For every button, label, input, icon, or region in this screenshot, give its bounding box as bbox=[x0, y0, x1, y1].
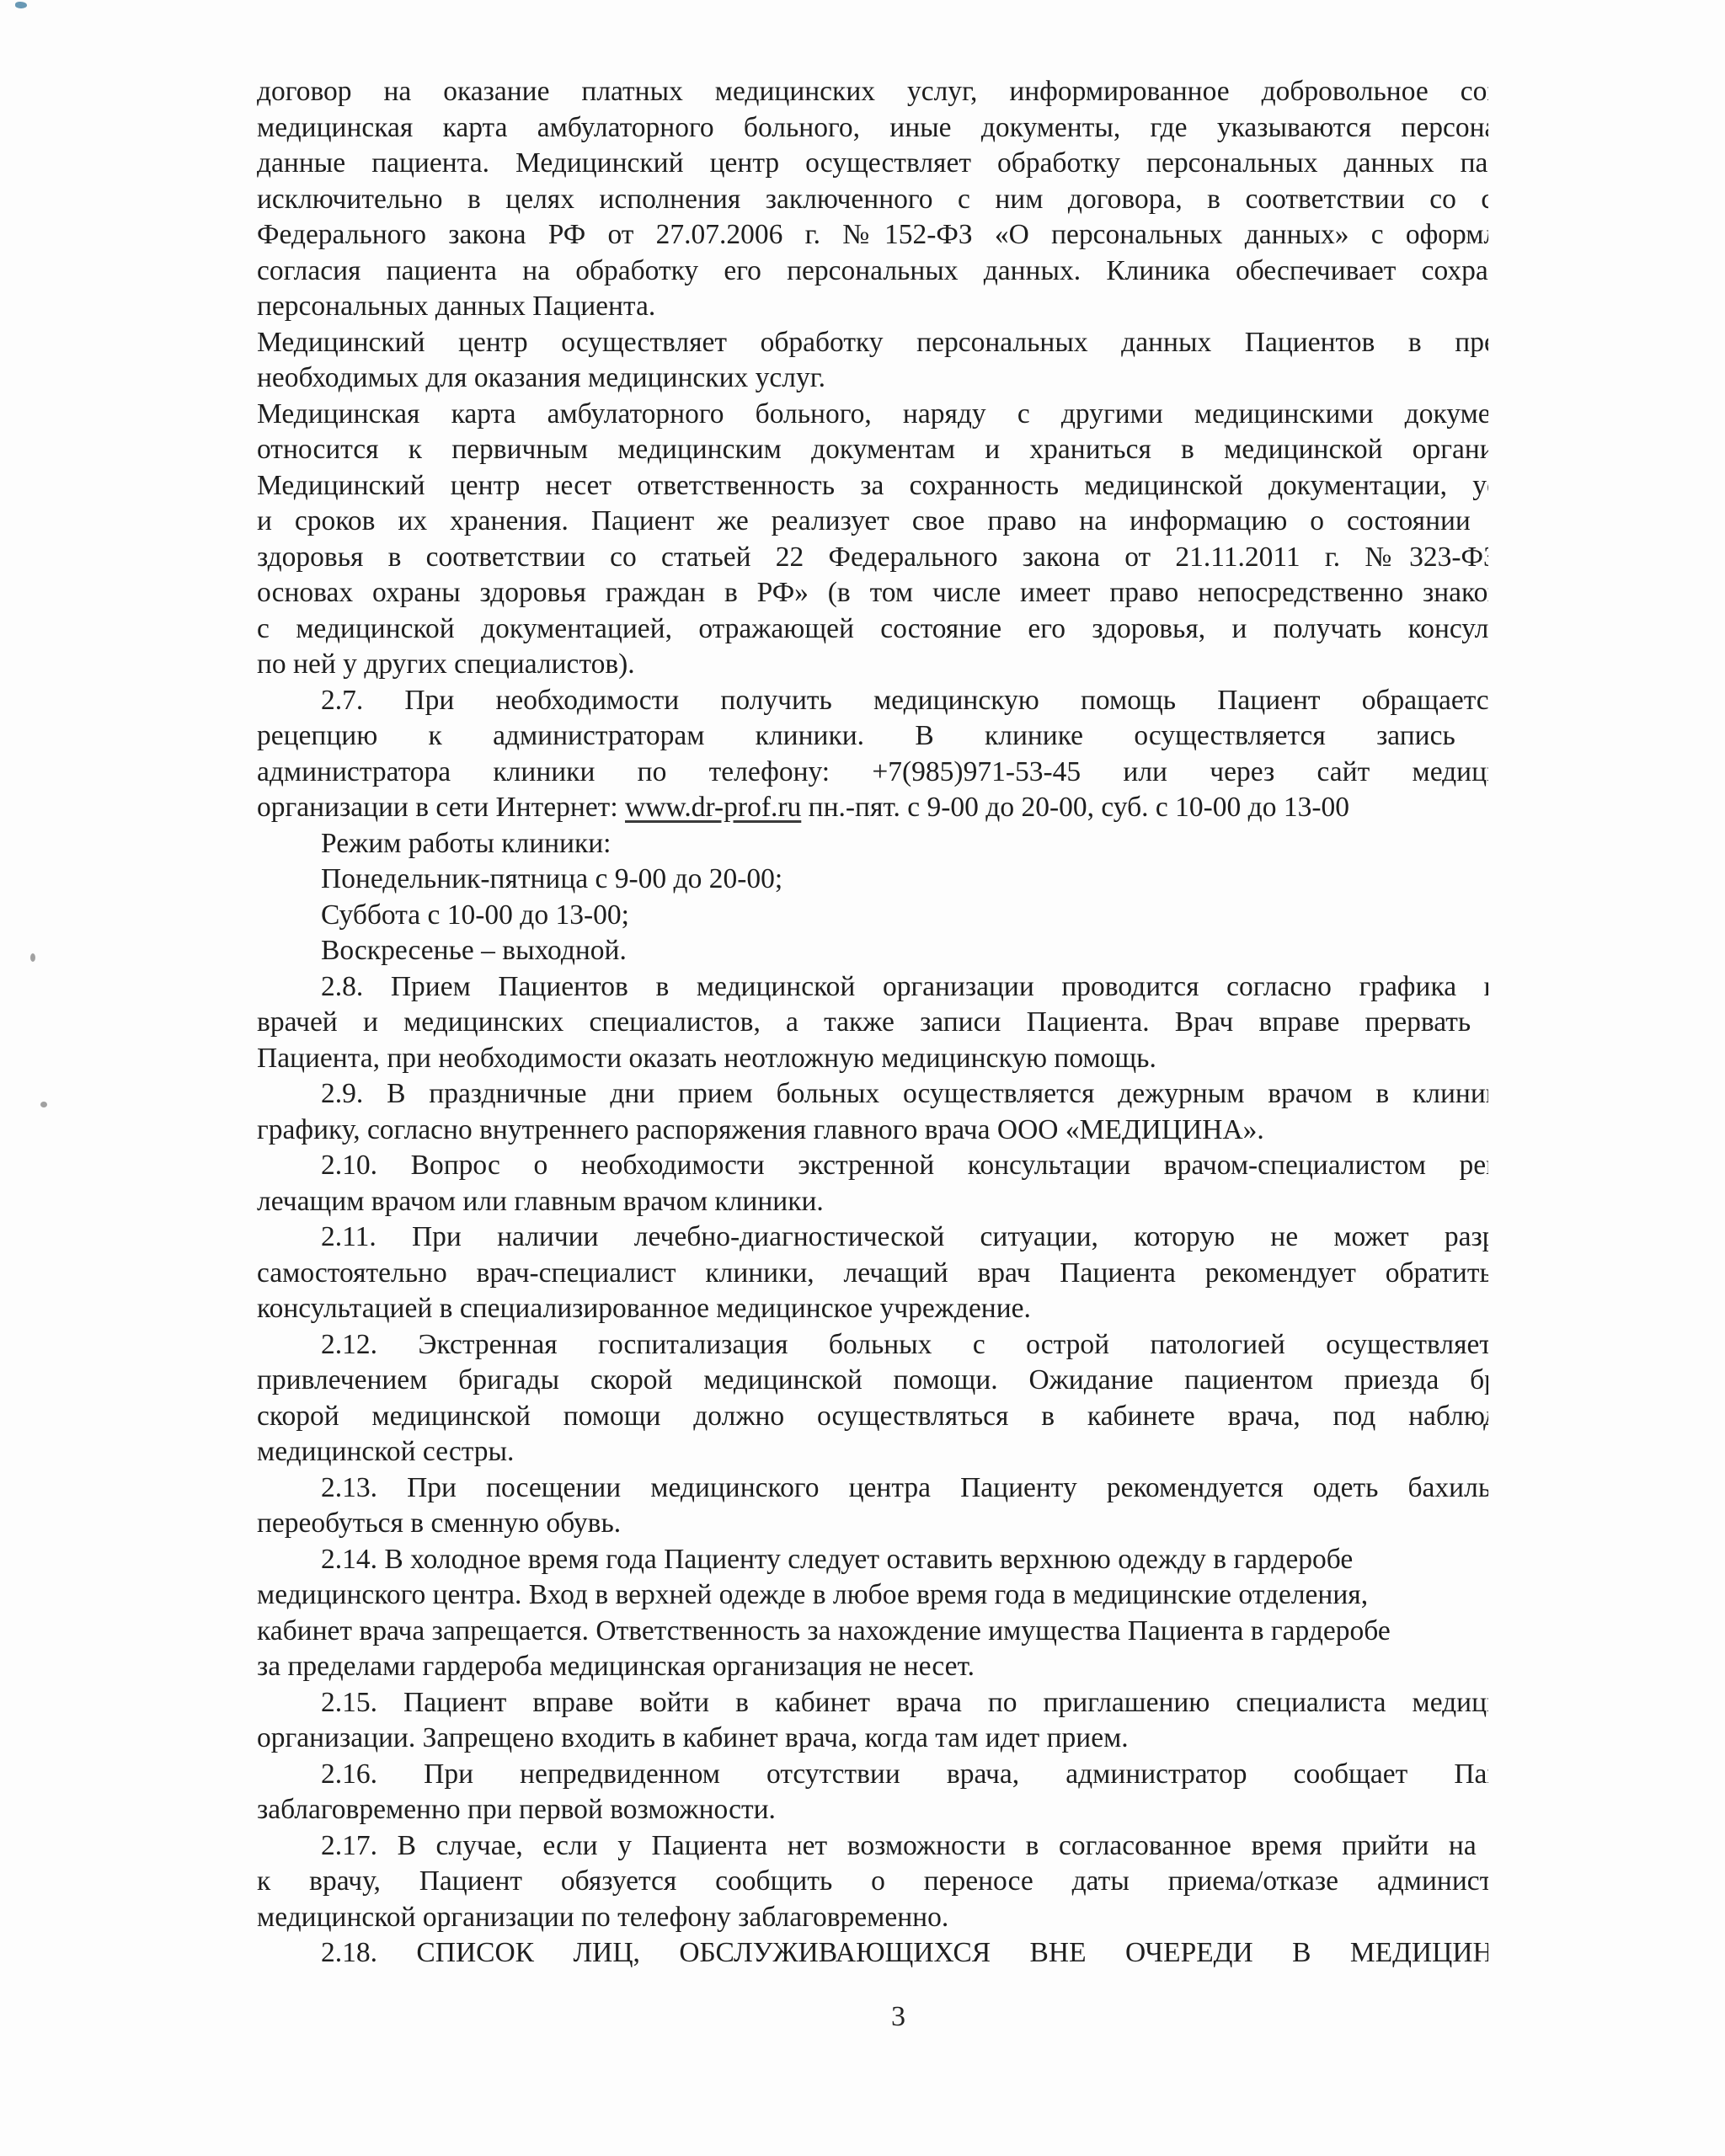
text-line: относится к первичным медицинским докуме… bbox=[257, 432, 1488, 468]
text-line: за пределами гардероба медицинская орган… bbox=[257, 1649, 1488, 1685]
text-line: к врачу, Пациент обязуется сообщить о пе… bbox=[257, 1864, 1488, 1900]
text-line: врачей и медицинских специалистов, а так… bbox=[257, 1005, 1488, 1041]
text-line: 2.9. В праздничные дни прием больных осу… bbox=[257, 1076, 1488, 1113]
text-line: консультацией в специализированное медиц… bbox=[257, 1291, 1488, 1327]
text-line: 2.7. При необходимости получить медицинс… bbox=[257, 683, 1488, 719]
text-line: переобуться в сменную обувь. bbox=[257, 1506, 1488, 1542]
text-line: Федерального закона РФ от 27.07.2006 г. … bbox=[257, 217, 1488, 253]
text-line: скорой медицинской помощи должно осущест… bbox=[257, 1399, 1488, 1435]
scan-artifact bbox=[30, 953, 35, 962]
scanned-page: договор на оказание платных медицинских … bbox=[0, 0, 1725, 2156]
text-line: 2.17. В случае, если у Пациента нет возм… bbox=[257, 1828, 1488, 1865]
body-text-area: договор на оказание платных медицинских … bbox=[257, 74, 1488, 2003]
text-line: Понедельник-пятница с 9-00 до 20-00; bbox=[257, 862, 1488, 898]
text-line: основах охраны здоровья граждан в РФ» (в… bbox=[257, 575, 1488, 611]
page-number: 3 bbox=[891, 2001, 905, 2033]
text-line: 2.11. При наличии лечебно-диагностическо… bbox=[257, 1219, 1488, 1256]
text-line: Суббота с 10-00 до 13-00; bbox=[257, 898, 1488, 934]
text-line: здоровья в соответствии со статьей 22 Фе… bbox=[257, 540, 1488, 576]
text-line: согласия пациента на обработку его персо… bbox=[257, 253, 1488, 290]
text-line: организации в сети Интернет: www.dr-prof… bbox=[257, 790, 1488, 826]
text-line: медицинского центра. Вход в верхней одеж… bbox=[257, 1577, 1488, 1614]
text-line: Медицинский центр несет ответственность … bbox=[257, 468, 1488, 504]
text-line: 2.12. Экстренная госпитализация больных … bbox=[257, 1327, 1488, 1364]
text-line: 2.10. Вопрос о необходимости экстренной … bbox=[257, 1148, 1488, 1184]
text-line: медицинской организации по телефону забл… bbox=[257, 1900, 1488, 1936]
text-line: самостоятельно врач-специалист клиники, … bbox=[257, 1256, 1488, 1292]
text-line: с медицинской документацией, отражающей … bbox=[257, 611, 1488, 648]
text-line: 2.14. В холодное время года Пациенту сле… bbox=[257, 1542, 1488, 1578]
website-link[interactable]: www.dr-prof.ru bbox=[625, 792, 801, 823]
text-line: Медицинский центр осуществляет обработку… bbox=[257, 325, 1488, 361]
text-line: медицинской сестры. bbox=[257, 1434, 1488, 1470]
text-line: администратора клиники по телефону: +7(9… bbox=[257, 755, 1488, 791]
text-line: организации. Запрещено входить в кабинет… bbox=[257, 1721, 1488, 1757]
text-line: данные пациента. Медицинский центр осуще… bbox=[257, 146, 1488, 182]
text-line: необходимых для оказания медицинских усл… bbox=[257, 360, 1488, 397]
text-line: Режим работы клиники: bbox=[257, 826, 1488, 862]
text-line: рецепцию к администраторам клиники. В кл… bbox=[257, 718, 1488, 755]
text-line: договор на оказание платных медицинских … bbox=[257, 74, 1488, 110]
text-line: 2.15. Пациент вправе войти в кабинет вра… bbox=[257, 1685, 1488, 1721]
text-line: заблаговременно при первой возможности. bbox=[257, 1792, 1488, 1828]
text-line: исключительно в целях исполнения заключе… bbox=[257, 182, 1488, 218]
text-line: персональных данных Пациента. bbox=[257, 289, 1488, 325]
text-line: графику, согласно внутреннего распоряжен… bbox=[257, 1113, 1488, 1149]
text-line: по ней у других специалистов). bbox=[257, 647, 1488, 683]
text-line: Воскресенье – выходной. bbox=[257, 933, 1488, 969]
text-line: медицинская карта амбулаторного больного… bbox=[257, 110, 1488, 147]
scan-artifact bbox=[40, 1102, 47, 1107]
text-line: 2.18. СПИСОК ЛИЦ, ОБСЛУЖИВАЮЩИХСЯ ВНЕ ОЧ… bbox=[257, 1935, 1488, 1972]
text-line: привлечением бригады скорой медицинской … bbox=[257, 1363, 1488, 1399]
text-line: и сроков их хранения. Пациент же реализу… bbox=[257, 504, 1488, 540]
text-segment: пн.-пят. с 9-00 до 20-00, суб. с 10-00 д… bbox=[801, 792, 1349, 823]
text-line: 2.16. При непредвиденном отсутствии врач… bbox=[257, 1757, 1488, 1793]
text-line: 2.13. При посещении медицинского центра … bbox=[257, 1470, 1488, 1507]
text-line: кабинет врача запрещается. Ответственнос… bbox=[257, 1614, 1488, 1650]
scan-artifact bbox=[15, 2, 27, 8]
text-line: лечащим врачом или главным врачом клиник… bbox=[257, 1184, 1488, 1220]
text-line: Медицинская карта амбулаторного больного… bbox=[257, 397, 1488, 433]
text-line: 2.8. Прием Пациентов в медицинской орган… bbox=[257, 969, 1488, 1006]
text-line: Пациента, при необходимости оказать неот… bbox=[257, 1041, 1488, 1077]
text-segment: организации в сети Интернет: bbox=[257, 792, 625, 823]
document-text: договор на оказание платных медицинских … bbox=[257, 74, 1488, 1972]
